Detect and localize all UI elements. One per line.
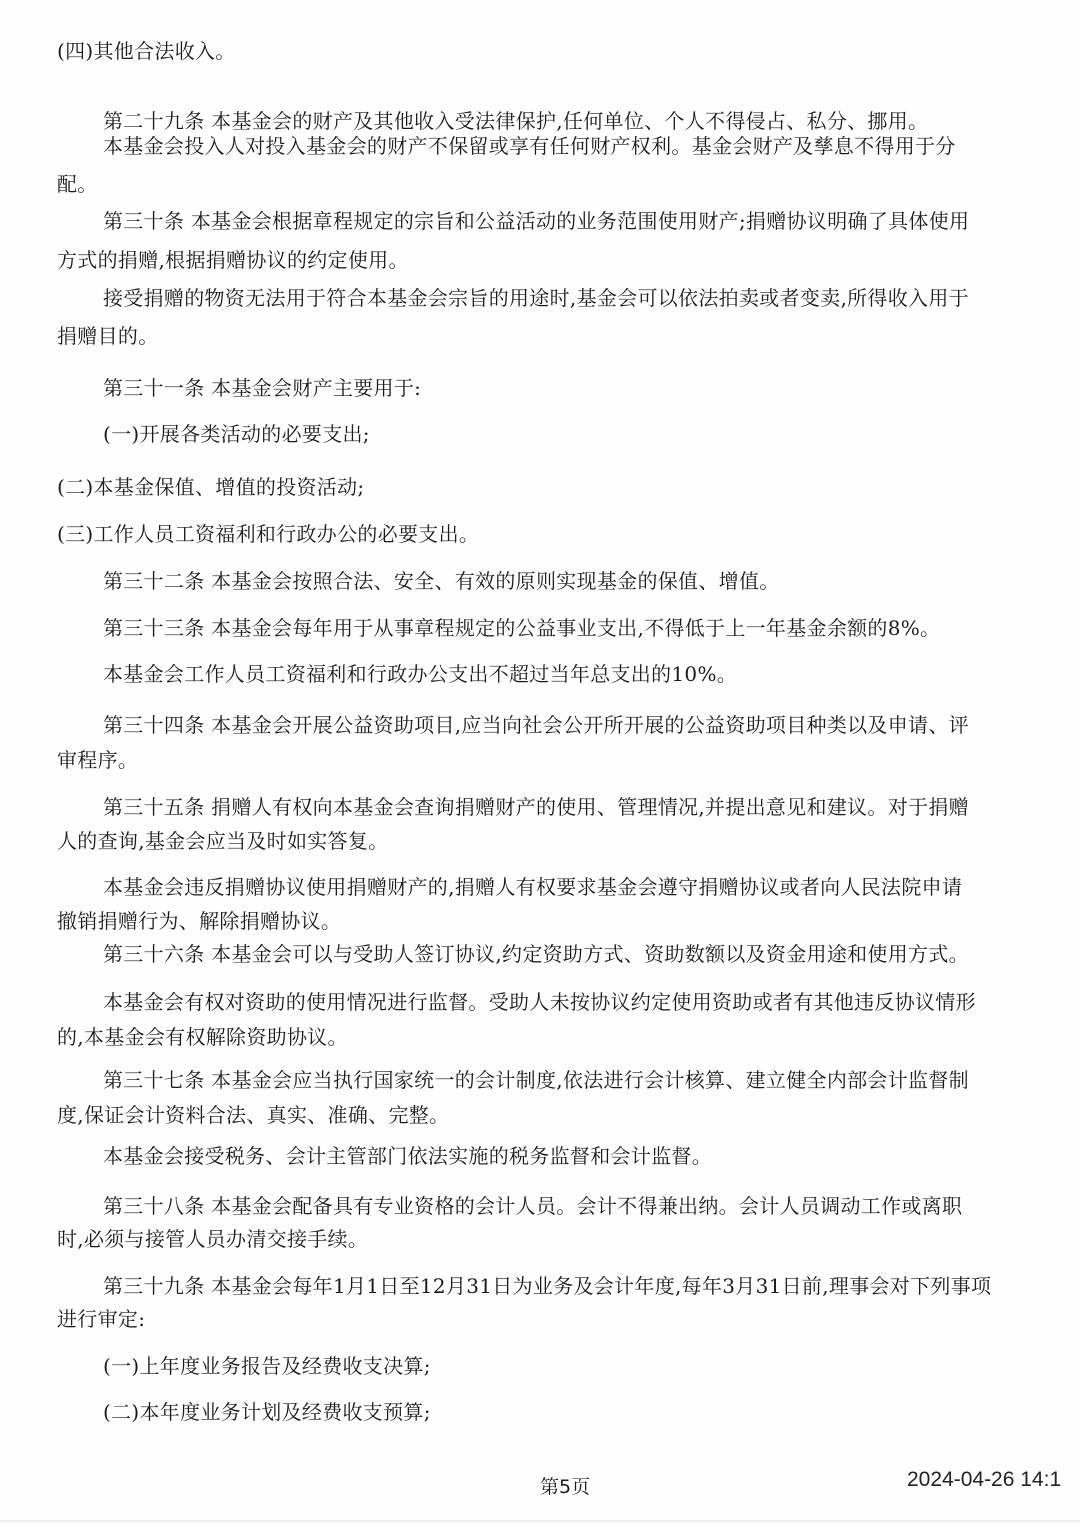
paragraph-line: 方式的捐赠,根据捐赠协议的约定使用。: [57, 243, 409, 277]
paragraph-line: 本基金会违反捐赠协议使用捐赠财产的,捐赠人有权要求基金会遵守捐赠协议或者向人民法…: [103, 870, 962, 904]
article-35: 第三十五条 捐赠人有权向本基金会查询捐赠财产的使用、管理情况,并提出意见和建议。…: [103, 790, 969, 824]
list-item: (三)工作人员工资福利和行政办公的必要支出。: [57, 517, 479, 551]
article-38: 第三十八条 本基金会配备具有专业资格的会计人员。会计不得兼出纳。会计人员调动工作…: [103, 1189, 962, 1223]
article-33: 第三十三条 本基金会每年用于从事章程规定的公益事业支出,不得低于上一年基金余额的…: [103, 611, 940, 645]
article-34: 第三十四条 本基金会开展公益资助项目,应当向社会公开所开展的公益资助项目种类以及…: [103, 708, 969, 742]
paragraph-line: 人的查询,基金会应当及时如实答复。: [57, 824, 388, 858]
paragraph-line: 本基金会工作人员工资福利和行政办公支出不超过当年总支出的10%。: [103, 657, 737, 691]
print-timestamp: 2024-04-26 14:1: [907, 1468, 1080, 1492]
paragraph-line: 的,本基金会有权解除资助协议。: [57, 1020, 348, 1054]
list-item: (一)开展各类活动的必要支出;: [103, 417, 370, 451]
article-32: 第三十二条 本基金会按照合法、安全、有效的原则实现基金的保值、增值。: [103, 564, 780, 598]
paragraph-line: 审程序。: [57, 743, 138, 777]
article-37: 第三十七条 本基金会应当执行国家统一的会计制度,依法进行会计核算、建立健全内部会…: [103, 1063, 969, 1097]
paragraph-line: 本基金会接受税务、会计主管部门依法实施的税务监督和会计监督。: [103, 1139, 712, 1173]
paragraph-line: 时,必须与接管人员办清交接手续。: [57, 1222, 368, 1256]
list-item: (二)本基金保值、增值的投资活动;: [57, 470, 364, 504]
list-item: (二)本年度业务计划及经费收支预算;: [103, 1395, 431, 1429]
list-item: (一)上年度业务报告及经费收支决算;: [103, 1349, 431, 1383]
paragraph-line: 接受捐赠的物资无法用于符合本基金会宗旨的用途时,基金会可以依法拍卖或者变卖,所得…: [103, 281, 969, 315]
paragraph-item-4: (四)其他合法收入。: [57, 34, 236, 68]
paragraph-line: 度,保证会计资料合法、真实、准确、完整。: [57, 1098, 449, 1132]
paragraph-line: 进行审定:: [57, 1302, 145, 1336]
paragraph-line: 本基金会投入人对投入基金会的财产不保留或享有任何财产权利。基金会财产及孳息不得用…: [103, 129, 956, 163]
paragraph-line: 捐赠目的。: [57, 319, 159, 353]
article-36: 第三十六条 本基金会可以与受助人签订协议,约定资助方式、资助数额以及资金用途和使…: [103, 937, 969, 971]
paragraph-line: 本基金会有权对资助的使用情况进行监督。受助人未按协议约定使用资助或者有其他违反协…: [103, 985, 976, 1019]
paragraph-line: 撤销捐赠行为、解除捐赠协议。: [57, 904, 341, 938]
page-number: 第5页: [540, 1472, 590, 1499]
paragraph-line: 配。: [57, 167, 98, 201]
article-31: 第三十一条 本基金会财产主要用于:: [103, 371, 421, 405]
page-bottom-divider: [0, 1520, 1080, 1522]
article-39: 第三十九条 本基金会每年1月1日至12月31日为业务及会计年度,每年3月31日前…: [103, 1269, 991, 1303]
document-page: (四)其他合法收入。 第二十九条 本基金会的财产及其他收入受法律保护,任何单位、…: [0, 0, 1080, 1527]
article-30: 第三十条 本基金会根据章程规定的宗旨和公益活动的业务范围使用财产;捐赠协议明确了…: [103, 204, 969, 238]
